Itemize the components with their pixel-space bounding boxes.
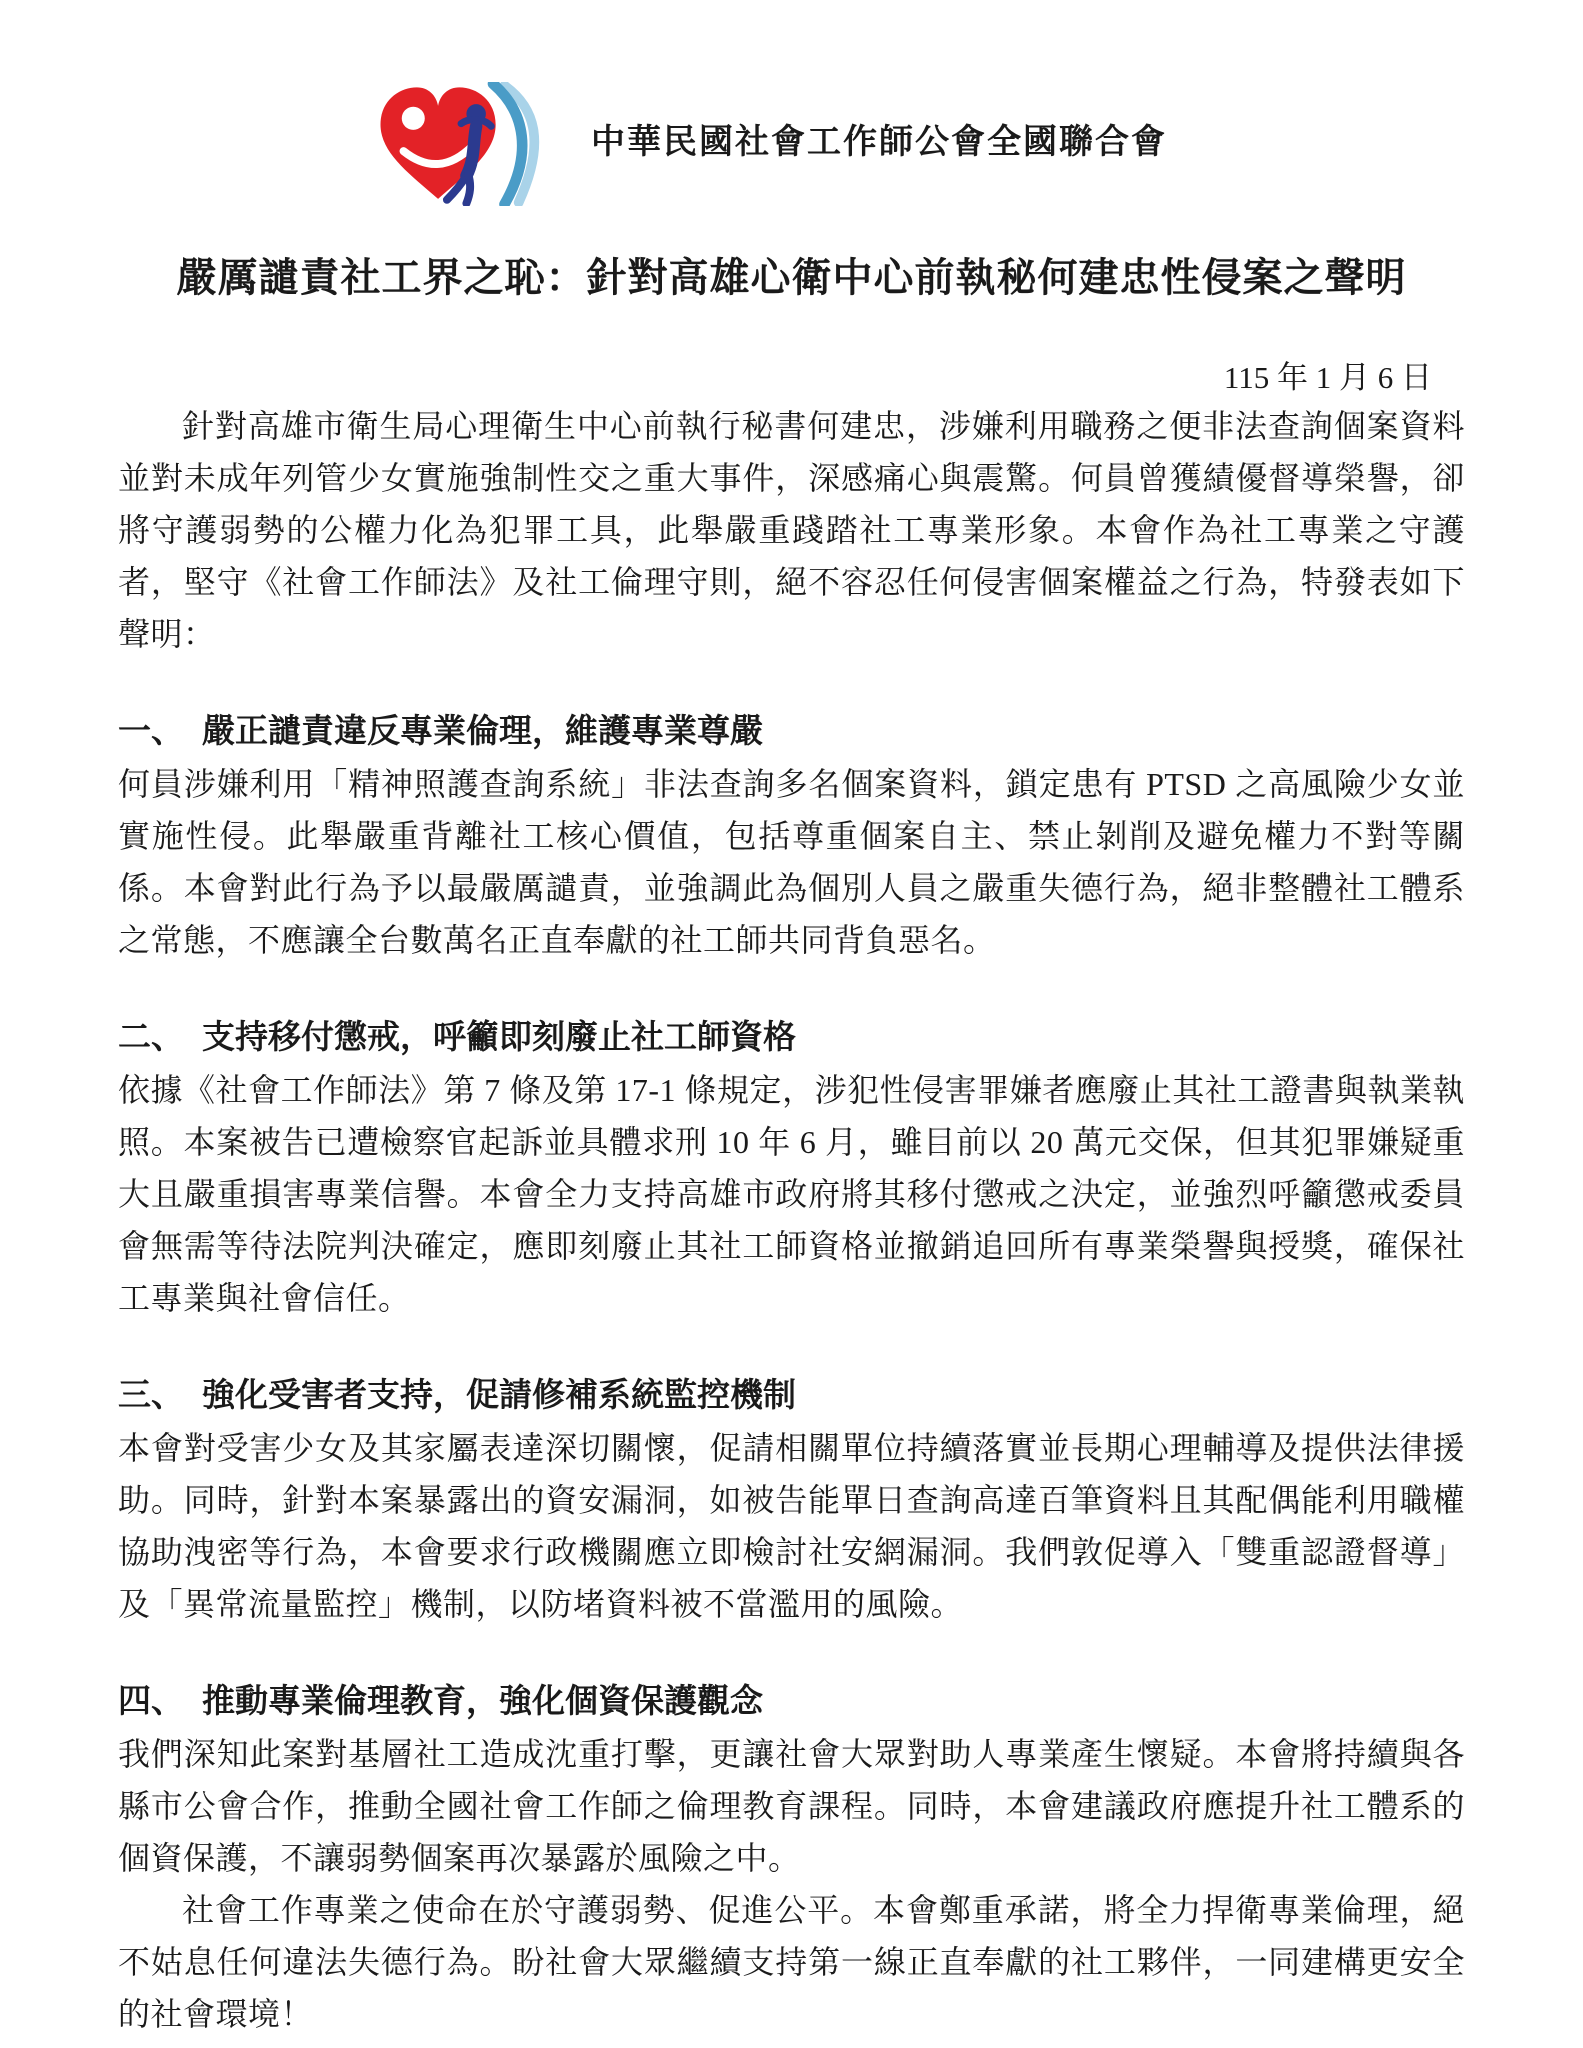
- section-1-title: 嚴正譴責違反專業倫理，維護專業尊嚴: [202, 714, 763, 750]
- org-name: 中華民國社會工作師公會全國聯合會: [591, 114, 1167, 163]
- section-3-number: 三、: [118, 1378, 184, 1414]
- heart-smile-figure-logo-icon: [366, 82, 581, 206]
- section-3: 三、強化受害者支持，促請修補系統監控機制 本會對受害少女及其家屬表達深切關懷，促…: [118, 1370, 1465, 1630]
- section-1: 一、嚴正譴責違反專業倫理，維護專業尊嚴 何員涉嫌利用「精神照護查詢系統」非法查詢…: [118, 706, 1465, 966]
- section-2-body: 依據《社會工作師法》第 7 條及第 17-1 條規定，涉犯性侵害罪嫌者應廢止其社…: [118, 1064, 1465, 1324]
- section-1-body: 何員涉嫌利用「精神照護查詢系統」非法查詢多名個案資料，鎖定患有 PTSD 之高風…: [118, 758, 1465, 966]
- statement-title: 嚴厲譴責社工界之恥：針對高雄心衛中心前執秘何建忠性侵案之聲明: [118, 250, 1465, 306]
- section-3-title: 強化受害者支持，促請修補系統監控機制: [202, 1378, 796, 1414]
- section-2: 二、支持移付懲戒，呼籲即刻廢止社工師資格 依據《社會工作師法》第 7 條及第 1…: [118, 1012, 1465, 1324]
- section-3-heading: 三、強化受害者支持，促請修補系統監控機制: [118, 1370, 1465, 1422]
- section-3-body: 本會對受害少女及其家屬表達深切關懷，促請相關單位持續落實並長期心理輔導及提供法律…: [118, 1422, 1465, 1630]
- section-2-number: 二、: [118, 1020, 184, 1056]
- section-4: 四、推動專業倫理教育，強化個資保護觀念 我們深知此案對基層社工造成沈重打擊，更讓…: [118, 1676, 1465, 1884]
- section-4-body: 我們深知此案對基層社工造成沈重打擊，更讓社會大眾對助人專業產生懷疑。本會將持續與…: [118, 1728, 1465, 1884]
- section-4-title: 推動專業倫理教育，強化個資保護觀念: [202, 1684, 763, 1720]
- intro-paragraph: 針對高雄市衛生局心理衛生中心前執行秘書何建忠，涉嫌利用職務之便非法查詢個案資料並…: [118, 400, 1465, 660]
- org-header: 中華民國社會工作師公會全國聯合會: [366, 82, 1465, 206]
- statement-document-page: 中華民國社會工作師公會全國聯合會 嚴厲譴責社工界之恥：針對高雄心衛中心前執秘何建…: [0, 0, 1583, 2048]
- section-2-title: 支持移付懲戒，呼籲即刻廢止社工師資格: [202, 1020, 796, 1056]
- statement-date: 115 年 1 月 6 日: [118, 356, 1465, 400]
- section-4-number: 四、: [118, 1684, 184, 1720]
- section-2-heading: 二、支持移付懲戒，呼籲即刻廢止社工師資格: [118, 1012, 1465, 1064]
- section-4-heading: 四、推動專業倫理教育，強化個資保護觀念: [118, 1676, 1465, 1728]
- section-1-heading: 一、嚴正譴責違反專業倫理，維護專業尊嚴: [118, 706, 1465, 758]
- closing-paragraph: 社會工作專業之使命在於守護弱勢、促進公平。本會鄭重承諾，將全力捍衛專業倫理，絕不…: [118, 1884, 1465, 2040]
- section-1-number: 一、: [118, 714, 184, 750]
